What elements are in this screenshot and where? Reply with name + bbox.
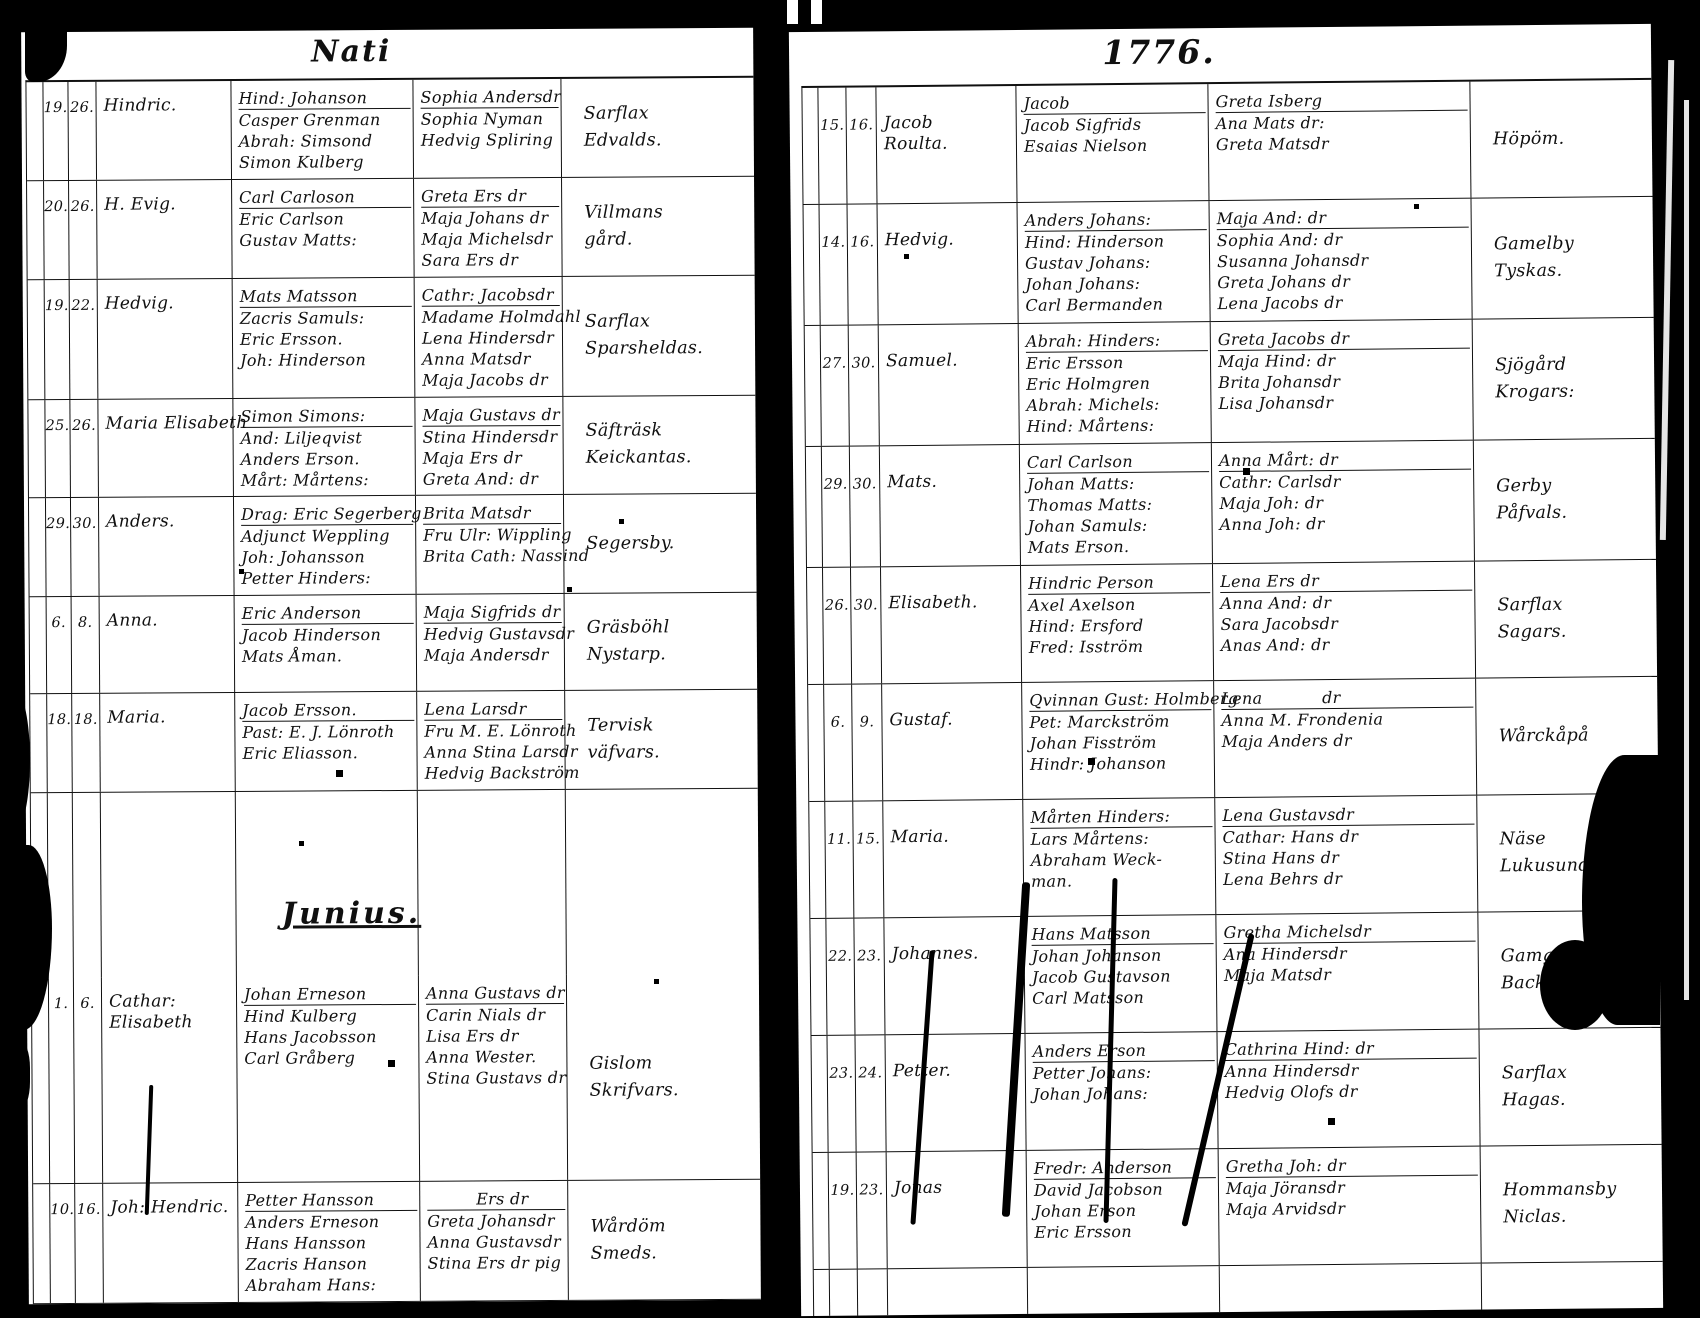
mother-witness-column: Maja Gustavs drStina HindersdrMaja Ers d… bbox=[415, 396, 564, 495]
father-witness-column-line: Petter Hansson bbox=[245, 1189, 417, 1212]
father-witness-column bbox=[239, 1302, 421, 1304]
place-cell: HommansbyNiclas. bbox=[1481, 1145, 1663, 1263]
father-witness-column: Anders ErsonPetter Johans:Johan Johans: bbox=[1025, 1032, 1218, 1150]
father-witness-column-line: Drag: Eric Segerberg bbox=[241, 503, 413, 526]
mother-witness-column-line: Maja Joh: dr bbox=[1219, 491, 1471, 514]
junius-section-title: Junius. bbox=[196, 895, 506, 932]
father-witness-column-line: Johan Matts: bbox=[1027, 472, 1209, 495]
father-witness-column bbox=[1028, 1266, 1220, 1314]
mother-witness-column: Lena GustavsdrCathar: Hans drStina Hans … bbox=[1215, 796, 1478, 915]
baptism-date-cell: 26. bbox=[69, 181, 98, 279]
father-witness-column bbox=[236, 791, 419, 977]
mother-witness-column-line: Maja Gustavs dr bbox=[422, 403, 560, 426]
mother-witness-column-line: Greta Johans dr bbox=[1217, 270, 1469, 293]
mother-witness-column: Brita MatsdrFru Ulr: WipplingBrita Cath:… bbox=[416, 495, 565, 594]
father-witness-column-line: Axel Axelson bbox=[1028, 593, 1210, 616]
place-cell-line: Wårdöm bbox=[590, 1212, 758, 1240]
father-witness-column: Petter HanssonAnders ErnesonHans Hansson… bbox=[238, 1182, 421, 1302]
mother-witness-column-line: Stina Hans dr bbox=[1223, 846, 1475, 869]
mother-witness-column-line: Stina Gustavs dr bbox=[426, 1067, 564, 1089]
place-cell: GräsböhlNystarp. bbox=[565, 593, 758, 690]
father-witness-column-line: Hindric Person bbox=[1028, 571, 1210, 595]
margin-cell bbox=[811, 1036, 828, 1152]
mother-witness-column-line: Lena Behrs dr bbox=[1223, 867, 1475, 890]
child-name-cell: Jacob Roulta. bbox=[876, 86, 1017, 203]
father-witness-column: JacobJacob SigfridsEsaias Nielson bbox=[1016, 84, 1209, 202]
father-witness-column-line: Anders Erneson bbox=[245, 1211, 417, 1233]
birth-date-cell: 15. bbox=[818, 88, 847, 204]
place-cell bbox=[1482, 1262, 1663, 1310]
mother-witness-column: Anna Mårt: drCathr: CarlsdrMaja Joh: drA… bbox=[1212, 441, 1475, 564]
mother-witness-column-line: Maja Hind: dr bbox=[1218, 349, 1470, 372]
father-witness-column-line: Jacob Sigfrids bbox=[1024, 113, 1206, 136]
birth-date-cell: 22. bbox=[826, 919, 855, 1035]
birth-date-cell: 10. bbox=[50, 1184, 76, 1303]
birth-date-cell: 29. bbox=[822, 447, 851, 567]
father-witness-column-line: Eric Ersson bbox=[1026, 351, 1208, 374]
scan-streak bbox=[1684, 100, 1689, 1000]
father-witness-column-line: Qvinnan Gust: Holmberg bbox=[1029, 688, 1211, 712]
register-row: 15.16.Jacob Roulta.JacobJacob SigfridsEs… bbox=[802, 80, 1652, 205]
place-cell: Höpöm. bbox=[1470, 80, 1652, 198]
page-marker bbox=[787, 0, 835, 26]
father-witness-column-line: Johan Johanson bbox=[1032, 944, 1214, 967]
register-row: 19.22.Hedvig.Mats MatssonZacris Samuls:E… bbox=[28, 276, 756, 400]
father-witness-column-line: Hans Matsson bbox=[1031, 922, 1213, 946]
father-witness-column-line: Mårten Hinders: bbox=[1030, 805, 1212, 829]
edge-blot bbox=[1540, 940, 1610, 1030]
father-witness-column-line: Hind: Ersford bbox=[1028, 614, 1210, 637]
baptism-date-cell: 22. bbox=[70, 280, 99, 399]
place-cell-line: Sarflax bbox=[1502, 1059, 1659, 1088]
mother-witness-column-line: Gretha Joh: dr bbox=[1226, 1154, 1478, 1178]
father-witness-column-line: Johan Samuls: bbox=[1028, 514, 1210, 537]
birth-date-cell: 11. bbox=[825, 802, 854, 918]
margin-cell bbox=[806, 447, 823, 567]
father-witness-column-line: Mats Erson. bbox=[1028, 535, 1210, 558]
margin-cell bbox=[30, 597, 48, 693]
register-row: 25.26.Maria ElisabethSimon Simons:And: L… bbox=[28, 395, 756, 498]
place-cell-line: Sjögård bbox=[1495, 351, 1652, 380]
mother-witness-column-line: Anna Gustavsdr bbox=[427, 1231, 565, 1253]
father-witness-column-line: Eric Eliasson. bbox=[242, 742, 414, 764]
place-cell-line: Höpöm. bbox=[1493, 124, 1650, 153]
place-cell-line: Tervisk bbox=[587, 712, 755, 740]
father-witness-column-line: Carl Carloson bbox=[239, 186, 411, 209]
father-witness-column-line: Anders Erson. bbox=[241, 447, 413, 469]
baptism-date-cell bbox=[73, 793, 102, 978]
baptism-date-cell: 8. bbox=[72, 597, 101, 693]
child-name-cell: Cathar: Elisabeth bbox=[102, 977, 238, 1183]
mother-witness-column-line: Cathr: Carlsdr bbox=[1219, 470, 1471, 493]
margin-cell bbox=[814, 1270, 830, 1316]
register-row: 14.16.Hedvig.Anders Johans:Hind: Hinders… bbox=[804, 197, 1654, 326]
mother-witness-column bbox=[1220, 1264, 1482, 1313]
father-witness-column: Johan ErnesonHind KulbergHans JacobssonC… bbox=[237, 976, 420, 1182]
mother-witness-column-line: Lisa Ers dr bbox=[426, 1025, 564, 1047]
register-row: 1.6.Cathar: ElisabethJohan ErnesonHind K… bbox=[32, 974, 760, 1184]
father-witness-column-line: Abrah: Michels: bbox=[1026, 393, 1208, 416]
mother-witness-column-line: Greta Isberg bbox=[1215, 89, 1467, 113]
baptism-date-cell: 23. bbox=[857, 1152, 888, 1268]
mother-witness-column-line: Hedvig Spliring bbox=[421, 129, 559, 151]
margin-cell bbox=[30, 694, 48, 792]
margin-cell bbox=[27, 181, 45, 279]
father-witness-column-line: Jacob bbox=[1023, 91, 1205, 115]
baptism-date-cell: 24. bbox=[855, 1035, 886, 1151]
father-witness-column-line: Anders Erson bbox=[1033, 1039, 1215, 1063]
child-name-cell bbox=[101, 792, 237, 978]
mother-witness-column-line: Sara Jacobsdr bbox=[1220, 612, 1472, 635]
place-cell-line: Sparsheldas. bbox=[585, 335, 753, 363]
register-row: 10.16.Joh: Hendric.Petter HanssonAnders … bbox=[33, 1180, 761, 1304]
mother-witness-column-line: Anna Joh: dr bbox=[1220, 512, 1472, 535]
place-cell: SarflaxEdvalds. bbox=[561, 78, 754, 177]
mother-witness-column-line: Lena Hindersdr bbox=[422, 327, 560, 349]
father-witness-column: Hans MatssonJohan JohansonJacob Gustavso… bbox=[1024, 915, 1217, 1033]
birth-date-cell: 19. bbox=[829, 1153, 858, 1269]
baptism-date-cell: 6. bbox=[74, 978, 103, 1183]
father-witness-column-line: Abraham Hans: bbox=[246, 1274, 418, 1296]
place-cell-line: Smeds. bbox=[591, 1239, 759, 1267]
father-witness-column-line: Simon Simons: bbox=[240, 404, 412, 427]
child-name-cell bbox=[888, 1268, 1028, 1315]
father-witness-column-line: Jacob Gustavson bbox=[1032, 965, 1214, 988]
binding-blot bbox=[4, 1040, 30, 1110]
place-cell-line: Skrifvars. bbox=[590, 1077, 758, 1105]
child-name-cell: Maria. bbox=[883, 800, 1024, 917]
father-witness-column-line: Jacob Ersson. bbox=[242, 699, 414, 722]
mother-witness-column: Gretha Joh: drMaja JöransdrMaja Arvidsdr bbox=[1219, 1147, 1482, 1266]
father-witness-column-line: Abraham Weck- bbox=[1031, 848, 1213, 871]
child-name-cell: Maria Elisabeth bbox=[98, 398, 234, 497]
mother-witness-column-line: Anna Stina Larsdr bbox=[424, 741, 562, 763]
right-page-table: 15.16.Jacob Roulta.JacobJacob SigfridsEs… bbox=[801, 78, 1663, 1316]
mother-witness-column-line: Lena dr bbox=[1221, 686, 1473, 710]
father-witness-column-line: Johan Johans: bbox=[1025, 272, 1207, 295]
place-cell-line: gård. bbox=[584, 226, 752, 254]
father-witness-column-line: Simon Kulberg bbox=[239, 151, 411, 173]
place-cell-line: Gislom bbox=[589, 1050, 757, 1078]
birth-date-cell: 14. bbox=[820, 205, 849, 325]
place-cell: SäfträskKeickantas. bbox=[563, 395, 756, 494]
page-marker-bar bbox=[811, 0, 822, 24]
mother-witness-column-line: Anna Gustavs dr bbox=[426, 982, 564, 1005]
mother-witness-column: Sophia AndersdrSophia NymanHedvig Spliri… bbox=[413, 79, 562, 178]
mother-witness-column: Cathrina Hind: drAnna HindersdrHedvig Ol… bbox=[1217, 1030, 1480, 1149]
father-witness-column-line: Abrah: Hinders: bbox=[1026, 329, 1208, 353]
father-witness-column: Mårten Hinders:Lars Mårtens:Abraham Weck… bbox=[1023, 798, 1216, 916]
father-witness-column: Jacob Ersson.Past: E. J. LönrothEric Eli… bbox=[235, 692, 418, 791]
register-row: 29.30.Anders.Drag: Eric SegerbergAdjunct… bbox=[29, 494, 757, 597]
mother-witness-column-line: Sophia Nyman bbox=[421, 108, 559, 130]
place-cell: SarflaxSagars. bbox=[1475, 560, 1657, 678]
child-name-cell: Mats. bbox=[880, 445, 1021, 566]
place-cell-line: Hommansby bbox=[1503, 1176, 1660, 1205]
scanned-register-spread: Nati 19.26.Hindric.Hind: JohansonCasper … bbox=[0, 0, 1700, 1318]
mother-witness-column-line: Anna And: dr bbox=[1220, 591, 1472, 614]
father-witness-column-line: Gustav Johans: bbox=[1025, 251, 1207, 274]
father-witness-column: Qvinnan Gust: HolmbergPet: MarckströmJoh… bbox=[1022, 681, 1215, 799]
mother-witness-column: Greta Ers drMaja Johans drMaja Michelsdr… bbox=[414, 178, 563, 277]
father-witness-column-line: Hind: Mårtens: bbox=[1027, 414, 1209, 437]
margin-cell bbox=[804, 205, 821, 325]
place-cell: GerbyPåfvals. bbox=[1474, 439, 1656, 561]
register-row: 19.23.JonasFredr: AndersonDavid Jacobson… bbox=[813, 1145, 1663, 1270]
register-row: 27.30.Samuel.Abrah: Hinders:Eric ErssonE… bbox=[805, 318, 1655, 447]
child-name-cell: Maria. bbox=[100, 693, 236, 792]
place-cell-line: Sarflax bbox=[1497, 591, 1654, 620]
mother-witness-column: Lena LarsdrFru M. E. LönrothAnna Stina L… bbox=[417, 691, 566, 790]
margin-cell bbox=[802, 88, 819, 204]
father-witness-column-line: Johan Johans: bbox=[1033, 1082, 1215, 1105]
mother-witness-column-line: Maja Sigfrids dr bbox=[424, 601, 562, 624]
place-cell-line: Edvalds. bbox=[584, 127, 752, 155]
child-name-cell: Samuel. bbox=[879, 324, 1020, 445]
margin-cell bbox=[805, 326, 822, 446]
father-witness-column-line: Esaias Nielson bbox=[1024, 134, 1206, 157]
margin-cell bbox=[808, 685, 825, 801]
father-witness-column-line: Hans Hansson bbox=[245, 1232, 417, 1254]
register-row: 11.15.Maria.Mårten Hinders:Lars Mårtens:… bbox=[809, 794, 1659, 919]
mother-witness-column-line: Ana Mats dr: bbox=[1216, 111, 1468, 134]
mother-witness-column-line: Brita Cath: Nassind bbox=[423, 545, 561, 567]
father-witness-column-line: Gustav Matts: bbox=[239, 229, 411, 251]
mother-witness-column-line: Anna Hindersdr bbox=[1225, 1059, 1477, 1082]
left-page-title: Nati bbox=[246, 34, 456, 70]
register-row: 6.8.Anna.Eric AndersonJacob HindersonMat… bbox=[30, 593, 758, 694]
child-name-cell: Joh: Hendric. bbox=[103, 1183, 239, 1303]
baptism-date-cell: 30. bbox=[851, 567, 882, 683]
table-filler-row bbox=[31, 789, 759, 978]
mother-witness-column-line: Greta Matsdr bbox=[1216, 132, 1468, 155]
place-cell: Segersby. bbox=[564, 494, 757, 593]
child-name-cell: Anders. bbox=[99, 497, 235, 596]
mother-witness-column-line: Sophia And: dr bbox=[1217, 228, 1469, 251]
page-marker-bar bbox=[787, 0, 798, 24]
mother-witness-column: Maja And: drSophia And: drSusanna Johans… bbox=[1209, 199, 1472, 322]
mother-witness-column-line: Maja Jacobs dr bbox=[422, 369, 560, 391]
baptism-date-cell bbox=[858, 1269, 888, 1315]
mother-witness-column-line: Maja Ers dr bbox=[423, 446, 561, 468]
child-name-cell: Anna. bbox=[100, 596, 236, 693]
father-witness-column-line: Pet: Marckström bbox=[1029, 710, 1211, 733]
father-witness-column-line: Carl Gråberg bbox=[244, 1047, 416, 1069]
margin-cell bbox=[809, 802, 826, 918]
place-cell: SjögårdKrogars: bbox=[1473, 318, 1655, 440]
mother-witness-column: Greta Jacobs drMaja Hind: drBrita Johans… bbox=[1211, 320, 1474, 443]
mother-witness-column-line: Susanna Johansdr bbox=[1217, 249, 1469, 272]
scan-speckles bbox=[0, 0, 3, 3]
place-cell-line: Hagas. bbox=[1502, 1086, 1659, 1115]
mother-witness-column-line: Maja Jöransdr bbox=[1226, 1176, 1478, 1199]
birth-date-cell bbox=[830, 1270, 858, 1316]
father-witness-column-line: Hind Kulberg bbox=[244, 1005, 416, 1027]
mother-witness-column-line: Anna Matsdr bbox=[422, 348, 560, 370]
father-witness-column-line: Mats Matsson bbox=[240, 285, 412, 308]
register-row: 20.26.H. Evig.Carl CarlosonEric CarlsonG… bbox=[27, 177, 755, 280]
father-witness-column-line: Anders Johans: bbox=[1025, 208, 1207, 232]
baptism-date-cell: 30. bbox=[71, 498, 100, 596]
father-witness-column-line: Lars Mårtens: bbox=[1031, 827, 1213, 850]
birth-date-cell: 6. bbox=[824, 685, 853, 801]
binding-blot bbox=[0, 690, 30, 830]
father-witness-column-line: Joh: Hinderson bbox=[240, 349, 412, 371]
place-cell-line: väfvars. bbox=[587, 739, 755, 767]
mother-witness-column-line: Greta Jacobs dr bbox=[1218, 327, 1470, 351]
mother-witness-column: Maja Sigfrids drHedvig GustavsdrMaja And… bbox=[417, 594, 566, 691]
mother-witness-column-line: Carin Nials dr bbox=[426, 1004, 564, 1026]
father-witness-column-line: Past: E. J. Lönroth bbox=[242, 721, 414, 743]
father-witness-column: Carl CarlsonJohan Matts:Thomas Matts:Joh… bbox=[1020, 443, 1213, 565]
place-cell-line: Sarflax bbox=[584, 100, 752, 128]
father-witness-column-line: Petter Johans: bbox=[1033, 1061, 1215, 1084]
mother-witness-column-line: Ers dr bbox=[427, 1188, 565, 1211]
mother-witness-column: Ers drGreta JohansdrAnna GustavsdrStina … bbox=[420, 1181, 569, 1301]
father-witness-column: Simon Simons:And: LiljeqvistAnders Erson… bbox=[233, 397, 416, 496]
mother-witness-column-line: Cathr: Jacobsdr bbox=[422, 284, 560, 307]
right-page-title: 1776. bbox=[1054, 32, 1264, 73]
father-witness-column: Anders Johans:Hind: HindersonGustav Joha… bbox=[1018, 201, 1211, 323]
place-cell-line: Wårckåpå bbox=[1499, 721, 1656, 750]
father-witness-column-line: And: Liljeqvist bbox=[241, 426, 413, 448]
mother-witness-column bbox=[421, 1301, 569, 1304]
baptism-date-cell: 23. bbox=[854, 918, 885, 1034]
mother-witness-column-line: Maja And: dr bbox=[1217, 206, 1469, 230]
mother-witness-column-line: Stina Hindersdr bbox=[423, 425, 561, 447]
place-cell-line: Säfträsk bbox=[585, 417, 753, 445]
father-witness-column-line: Petter Hinders: bbox=[241, 567, 413, 589]
baptism-date-cell: 18. bbox=[72, 694, 101, 792]
child-name-cell: Hindric. bbox=[96, 81, 232, 180]
father-witness-column-line: Eric Ersson. bbox=[240, 328, 412, 350]
father-witness-column-line: Fred: Isström bbox=[1029, 635, 1211, 658]
mother-witness-column-line: Maja Anders dr bbox=[1222, 729, 1474, 752]
register-row: 18.18.Maria.Jacob Ersson.Past: E. J. Lön… bbox=[30, 690, 758, 793]
margin-cell bbox=[813, 1153, 830, 1269]
place-cell-line: Nystarp. bbox=[587, 641, 755, 669]
birth-date-cell: 19. bbox=[43, 82, 69, 180]
father-witness-column-line: Carl Bermanden bbox=[1025, 293, 1207, 316]
father-witness-column-line: Adjunct Weppling bbox=[241, 525, 413, 547]
place-cell-line: Gamelby bbox=[1494, 230, 1651, 259]
father-witness-column-line: Zacris Hanson bbox=[246, 1253, 418, 1275]
mother-witness-column-line: Cathar: Hans dr bbox=[1223, 825, 1475, 848]
mother-witness-column-line: Maja Andersdr bbox=[424, 644, 562, 666]
baptism-date-cell: 15. bbox=[853, 801, 884, 917]
margin-cell bbox=[26, 82, 44, 180]
mother-witness-column-line: Fru M. E. Lönroth bbox=[424, 720, 562, 742]
father-witness-column: Carl CarlosonEric CarlsonGustav Matts: bbox=[232, 179, 415, 278]
left-page: Nati 19.26.Hindric.Hind: JohansonCasper … bbox=[21, 28, 761, 1304]
birth-date-cell bbox=[48, 793, 74, 978]
father-witness-column-line: Mats Åman. bbox=[242, 645, 414, 667]
father-witness-column-line: Johan Fisström bbox=[1030, 731, 1212, 754]
father-witness-column: Drag: Eric SegerbergAdjunct WepplingJoh:… bbox=[234, 496, 417, 595]
child-name-cell: Petter. bbox=[885, 1034, 1026, 1151]
mother-witness-column-line: Sophia Andersdr bbox=[420, 86, 558, 109]
place-cell: GislomSkrifvars. bbox=[567, 974, 760, 1180]
father-witness-column-line: Abrah: Simsond bbox=[239, 130, 411, 152]
register-row: 26.30.Elisabeth.Hindric PersonAxel Axels… bbox=[807, 560, 1657, 685]
mother-witness-column-line: Maja Johans dr bbox=[421, 207, 559, 229]
mother-witness-column-line: Anna Mårt: dr bbox=[1219, 448, 1471, 472]
place-cell: Villmansgård. bbox=[562, 177, 755, 276]
father-witness-column-line: Hind: Johanson bbox=[238, 87, 410, 110]
mother-witness-column-line: Fru Ulr: Wippling bbox=[423, 524, 561, 546]
father-witness-column-line: Hans Jacobsson bbox=[244, 1026, 416, 1048]
margin-cell bbox=[807, 568, 824, 684]
mother-witness-column-line: Anas And: dr bbox=[1221, 633, 1473, 656]
place-cell: Terviskväfvars. bbox=[565, 690, 758, 789]
baptism-date-cell: 30. bbox=[849, 325, 880, 445]
mother-witness-column: Cathr: JacobsdrMadame HolmdahlLena Hinde… bbox=[415, 277, 564, 397]
mother-witness-column-line: Lena Gustavsdr bbox=[1222, 803, 1474, 827]
father-witness-column-line: Zacris Samuls: bbox=[240, 307, 412, 329]
child-name-cell: Elisabeth. bbox=[881, 566, 1022, 683]
place-cell-line: Niclas. bbox=[1503, 1203, 1660, 1232]
place-cell: GamelbyTyskas. bbox=[1471, 197, 1653, 319]
mother-witness-column-line: Brita Johansdr bbox=[1218, 370, 1470, 393]
birth-date-cell: 6. bbox=[47, 597, 73, 693]
margin-cell bbox=[29, 499, 47, 597]
place-cell-line: Påfvals. bbox=[1496, 499, 1653, 528]
father-witness-column-line: Joh: Johansson bbox=[241, 546, 413, 568]
father-witness-column-line: Carl Carlson bbox=[1027, 450, 1209, 474]
father-witness-column-line: Hind: Hinderson bbox=[1025, 230, 1207, 253]
mother-witness-column-line: Hedvig Olofs dr bbox=[1225, 1080, 1477, 1103]
father-witness-column-line: Thomas Matts: bbox=[1027, 493, 1209, 516]
register-row: 19.26.Hindric.Hind: JohansonCasper Grenm… bbox=[26, 78, 754, 181]
birth-date-cell: 25. bbox=[45, 399, 71, 497]
father-witness-column-line: Hindr: Johanson bbox=[1030, 752, 1212, 775]
child-name-cell: Johannes. bbox=[884, 917, 1025, 1034]
father-witness-column: Mats MatssonZacris Samuls:Eric Ersson.Jo… bbox=[233, 278, 416, 398]
place-cell: WårdömSmeds. bbox=[568, 1180, 761, 1300]
register-row: 23.24.Petter.Anders ErsonPetter Johans:J… bbox=[811, 1028, 1661, 1153]
mother-witness-column-line: Cathrina Hind: dr bbox=[1225, 1037, 1477, 1061]
mother-witness-column bbox=[418, 790, 567, 976]
birth-date-cell: 29. bbox=[46, 498, 72, 596]
birth-date-cell: 20. bbox=[44, 181, 70, 279]
margin-cell bbox=[28, 280, 46, 399]
mother-witness-column-line: Anna M. Frondenia bbox=[1221, 708, 1473, 731]
mother-witness-column-line: Anna Wester. bbox=[426, 1046, 564, 1068]
mother-witness-column-line: Lisa Johansdr bbox=[1218, 391, 1470, 414]
child-name-cell: H. Evig. bbox=[97, 180, 233, 279]
child-name-cell: Gustaf. bbox=[882, 683, 1023, 800]
father-witness-column-line: Johan Erneson bbox=[244, 983, 416, 1006]
margin-cell bbox=[28, 400, 46, 498]
child-name-cell: Hedvig. bbox=[98, 279, 234, 399]
mother-witness-column-line: Stina Ers dr pig bbox=[428, 1252, 566, 1274]
binding-blot bbox=[0, 1140, 20, 1230]
mother-witness-column-line: Lena Jacobs dr bbox=[1217, 291, 1469, 314]
place-cell-line: Gerby bbox=[1496, 472, 1653, 501]
mother-witness-column-line: Greta Johansdr bbox=[427, 1210, 565, 1232]
baptism-date-cell: 16. bbox=[75, 1184, 104, 1303]
father-witness-column-line: Fredr: Anderson bbox=[1034, 1156, 1216, 1180]
mother-witness-column-line: Maja Arvidsdr bbox=[1226, 1197, 1478, 1220]
scan-streak bbox=[1660, 60, 1674, 540]
place-cell: SarflaxSparsheldas. bbox=[563, 276, 756, 396]
birth-date-cell: 26. bbox=[823, 568, 852, 684]
mother-witness-column-line: Ana Hindersdr bbox=[1224, 942, 1476, 965]
father-witness-column: Hindric PersonAxel AxelsonHind: ErsfordF… bbox=[1021, 564, 1214, 682]
left-page-table: 19.26.Hindric.Hind: JohansonCasper Grenm… bbox=[25, 76, 760, 1304]
place-cell bbox=[569, 1300, 761, 1304]
mother-witness-column: Gretha MichelsdrAna HindersdrMaja Matsdr bbox=[1216, 913, 1479, 1032]
